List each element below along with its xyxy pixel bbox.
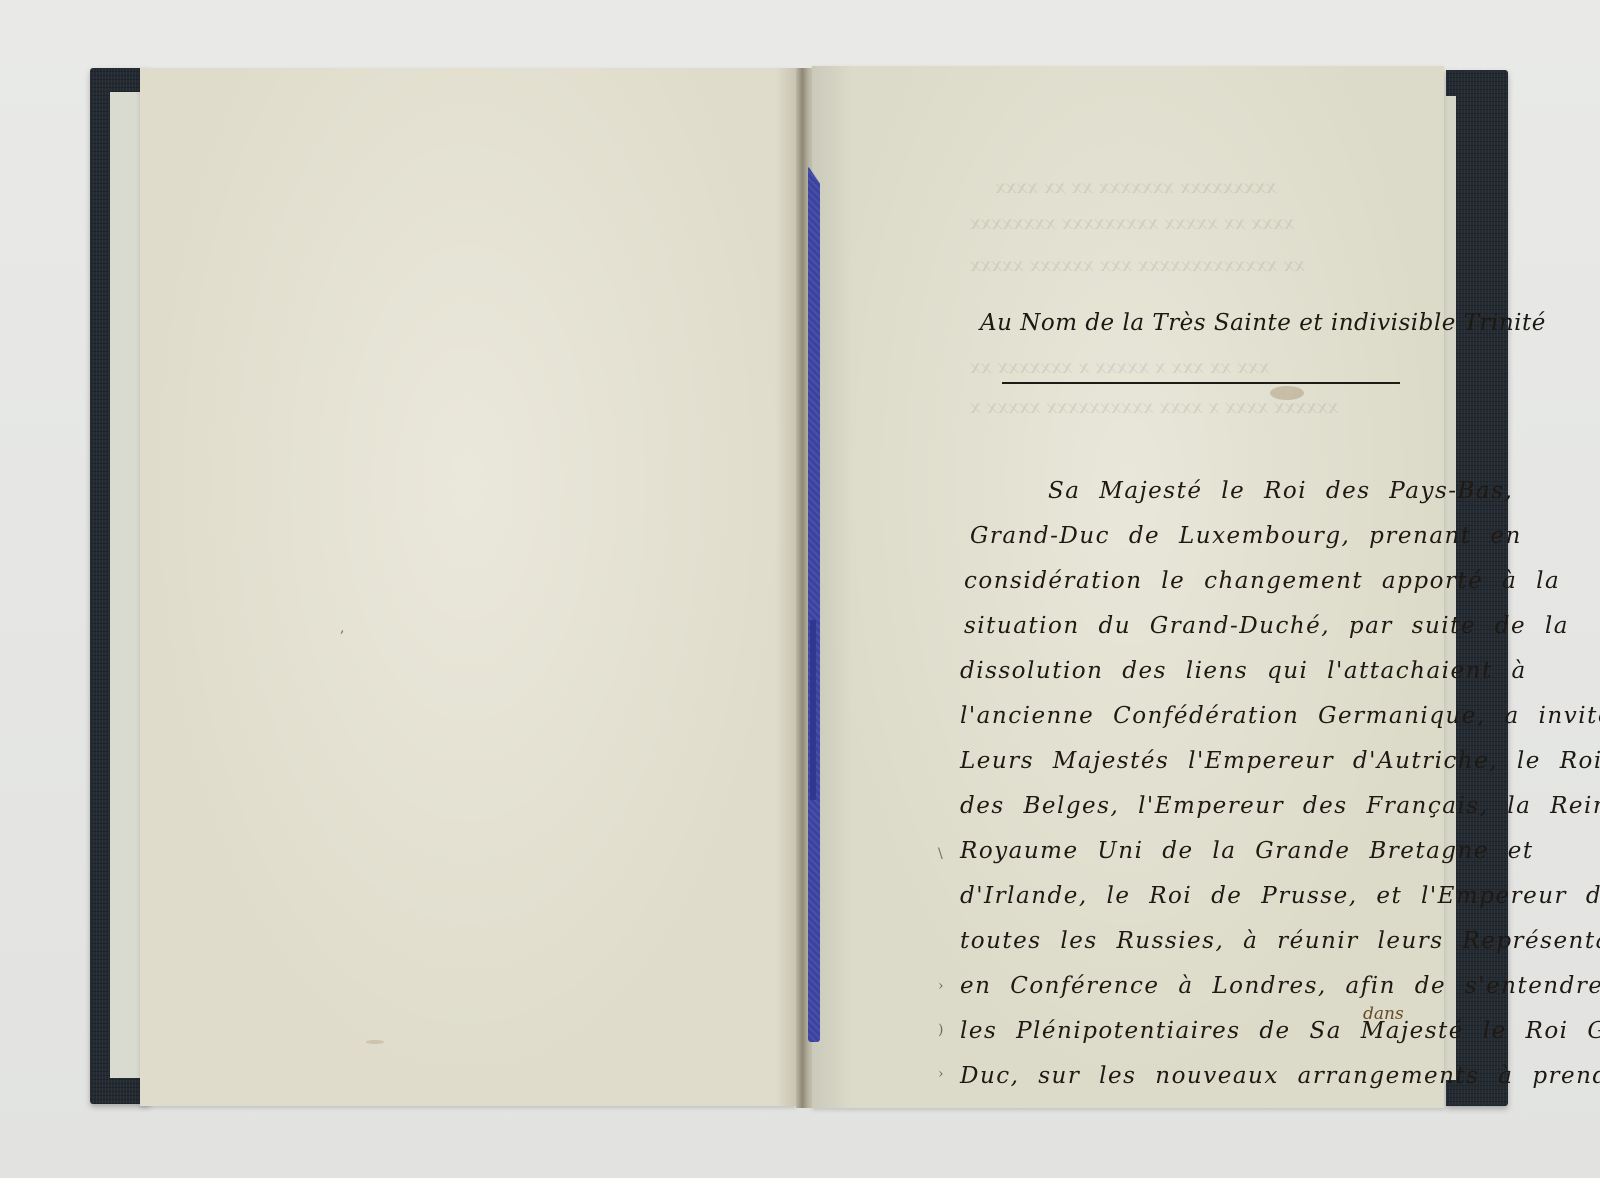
text-line: des Belges, l'Empereur des Français, la …: [960, 793, 1600, 819]
document-heading: Au Nom de la Très Sainte et indivisible …: [980, 310, 1400, 336]
text-line: les Plénipotentiaires de Sa Majesté le R…: [960, 1018, 1600, 1044]
margin-mark: ): [938, 1022, 943, 1038]
text-line: considération le changement apporté à la: [964, 568, 1560, 594]
text-line: Grand-Duc de Luxembourg, prenant en: [970, 523, 1522, 549]
endpaper-left: [110, 92, 142, 1078]
bookmark-ribbon: [808, 166, 820, 1042]
text-line: en Conférence à Londres, afin de s'enten…: [960, 973, 1600, 999]
text-line: Royaume Uni de la Grande Bretagne et: [960, 838, 1534, 864]
text-line: Duc, sur les nouveaux arrangements à pre…: [960, 1063, 1600, 1089]
text-line: Leurs Majestés l'Empereur d'Autriche, le…: [960, 748, 1600, 774]
bleed-through-text: xxx xx xxx x xxxxx x xxxxxxx xx: [970, 356, 1269, 378]
margin-mark: ›: [938, 1066, 944, 1082]
text-line: Sa Majesté le Roi des Pays-Bas,: [1048, 478, 1513, 504]
text-line: situation du Grand-Duché, par suite de l…: [964, 613, 1569, 639]
photograph-scene: , xxxxxxxxx xxxxxxx xx xx xxxx xxxx xx x…: [0, 0, 1600, 1178]
pencil-mark: ,: [340, 620, 344, 636]
text-line: dissolution des liens qui l'attachaient …: [960, 658, 1527, 684]
margin-mark: \: [938, 846, 943, 862]
bleed-through-text: xxxxxxxxx xxxxxxx xx xx xxxx: [995, 176, 1276, 198]
text-line: l'ancienne Confédération Germanique, a i…: [960, 703, 1600, 729]
left-page: ,: [140, 68, 796, 1106]
manuscript-text: xxxxxxxxx xxxxxxx xx xx xxxx xxxx xx xxx…: [820, 66, 1444, 1108]
bookmark-ribbon-fold: [810, 620, 816, 800]
left-page-gutter-shadow: [776, 68, 796, 1106]
ink-spot: [366, 1040, 384, 1044]
text-line: toutes les Russies, à réunir leurs Repré…: [960, 928, 1600, 954]
catchword: dans: [1363, 1004, 1404, 1024]
ink-smudge: [1270, 386, 1304, 400]
bleed-through-text: xxxx xx xxxxx xxxxxxxxx xxxxxxxx: [970, 212, 1294, 234]
heading-underline: [1002, 382, 1400, 384]
text-line: d'Irlande, le Roi de Prusse, et l'Empere…: [960, 883, 1600, 909]
margin-mark: ›: [938, 978, 944, 994]
bleed-through-text: xx xxxxxxxxxxxxx xxx xxxxxx xxxxx: [970, 254, 1305, 276]
